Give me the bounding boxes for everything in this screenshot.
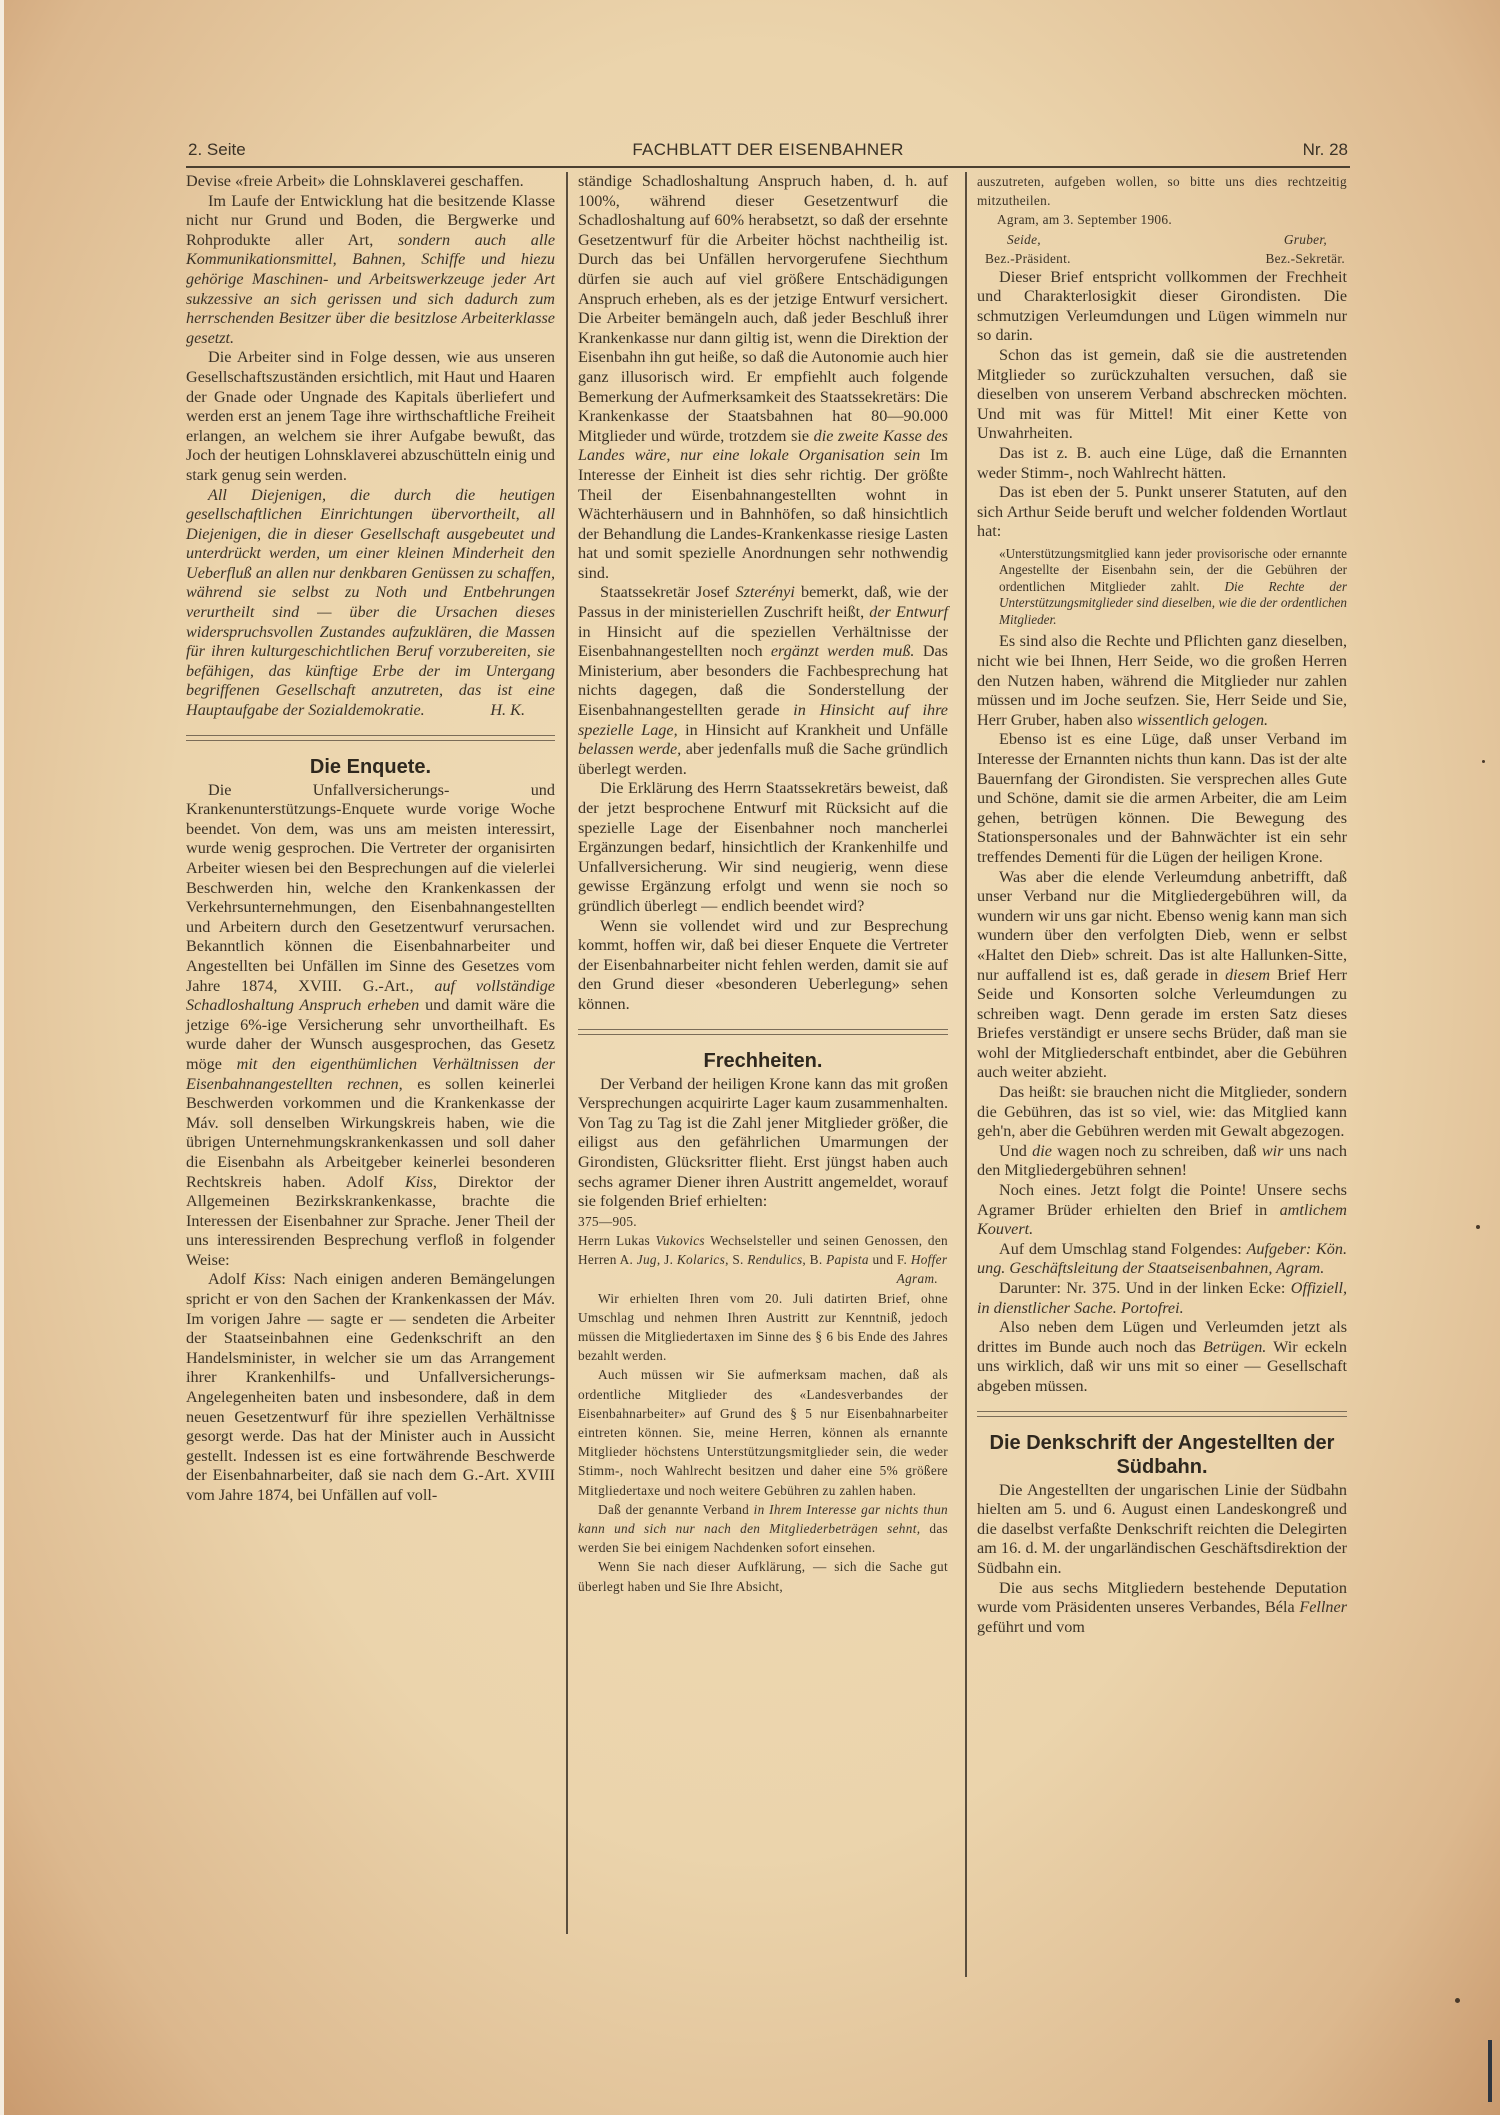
letter-signature-titles: Bez.-Präsident. Bez.-Sekretär.	[977, 249, 1347, 268]
paragraph: Die Erklärung des Herrn Staatssekretärs …	[578, 779, 948, 916]
paragraph: Im Laufe der Entwicklung hat die besitze…	[186, 192, 555, 349]
issue-number: Nr. 28	[1303, 140, 1348, 160]
paragraph: Die Unfallversicherungs- und Krankenunte…	[186, 781, 555, 1271]
column-left: Devise «freie Arbeit» die Lohnsklaverei …	[186, 172, 555, 1506]
paragraph: Es sind also die Rechte und Pflichten ga…	[977, 632, 1347, 730]
paragraph: Noch eines. Jetzt folgt die Pointe! Unse…	[977, 1181, 1347, 1240]
paragraph: Das ist z. B. auch eine Lüge, daß die Er…	[977, 444, 1347, 483]
letter-city: Agram.	[578, 1269, 948, 1288]
quoted-letter-end: auszutreten, aufgeben wollen, so bitte u…	[977, 172, 1347, 268]
paragraph: Also neben dem Lügen und Verleumden jetz…	[977, 1318, 1347, 1396]
masthead-title: FACHBLATT DER EISENBAHNER	[186, 140, 1350, 160]
letter-paragraph: Wir erhielten Ihren vom 20. Juli datirte…	[578, 1289, 948, 1366]
paragraph: ständige Schadloshaltung Anspruch haben,…	[578, 172, 948, 583]
paragraph: Schon das ist gemein, daß sie die austre…	[977, 346, 1347, 444]
paragraph: Die Arbeiter sind in Folge dessen, wie a…	[186, 348, 555, 485]
letter-date: Agram, am 3. September 1906.	[977, 210, 1347, 229]
title-president: Bez.-Präsident.	[985, 249, 1071, 268]
paper-blemish	[1482, 760, 1485, 763]
letter-paragraph: Daß der genannte Verband in Ihrem Intere…	[578, 1500, 948, 1558]
letter-address: Herrn Lukas Vukovics Wechselsteller und …	[578, 1231, 948, 1269]
letter-paragraph: Wenn Sie nach dieser Aufklärung, — sich …	[578, 1557, 948, 1595]
paragraph: All Diejenigen, die durch die heutigen g…	[186, 486, 555, 721]
letter-paragraph: auszutreten, aufgeben wollen, so bitte u…	[977, 172, 1347, 210]
signature-gruber: Gruber,	[1284, 230, 1327, 249]
signature-seide: Seide,	[1007, 230, 1041, 249]
paragraph: Ebenso ist es eine Lüge, daß unser Verba…	[977, 730, 1347, 867]
section-divider	[578, 1029, 948, 1035]
paragraph: Devise «freie Arbeit» die Lohnsklaverei …	[186, 172, 555, 192]
column-right: auszutreten, aufgeben wollen, so bitte u…	[977, 172, 1347, 1637]
binding-edge-mark	[1488, 2040, 1492, 2102]
section-divider	[977, 1411, 1347, 1417]
paragraph: Adolf Kiss: Nach einigen anderen Bemänge…	[186, 1270, 555, 1505]
paragraph: Darunter: Nr. 375. Und in der linken Eck…	[977, 1279, 1347, 1318]
statute-quote: «Unterstützungsmitglied kann jeder provi…	[977, 546, 1347, 629]
page-header: 2. Seite FACHBLATT DER EISENBAHNER Nr. 2…	[186, 136, 1350, 168]
article-headline: Die Enquete.	[186, 755, 555, 779]
letter-paragraph: Auch müssen wir Sie aufmerksam machen, d…	[578, 1365, 948, 1499]
letter-signatures: Seide, Gruber,	[977, 230, 1347, 249]
paragraph: Auf dem Umschlag stand Folgendes: Aufgeb…	[977, 1240, 1347, 1279]
paragraph: Das heißt: sie brauchen nicht die Mitgli…	[977, 1083, 1347, 1142]
article-headline: Frechheiten.	[578, 1049, 948, 1073]
column-middle: ständige Schadloshaltung Anspruch haben,…	[578, 172, 948, 1596]
quoted-letter: 375—905. Herrn Lukas Vukovics Wechselste…	[578, 1212, 948, 1596]
paragraph: Die Angestellten der ungarischen Linie d…	[977, 1481, 1347, 1579]
title-secretary: Bez.-Sekretär.	[1265, 249, 1345, 268]
paragraph: Die aus sechs Mitgliedern bestehende Dep…	[977, 1579, 1347, 1638]
paragraph: Das ist eben der 5. Punkt unserer Statut…	[977, 483, 1347, 542]
paragraph: Wenn sie vollendet wird und zur Besprech…	[578, 917, 948, 1015]
letter-number: 375—905.	[578, 1212, 948, 1231]
paragraph: Was aber die elende Verleumdung anbetrif…	[977, 868, 1347, 1084]
page-edge	[0, 0, 4, 2115]
column-divider	[566, 172, 568, 1934]
paragraph: Und die wagen noch zu schreiben, daß wir…	[977, 1142, 1347, 1181]
paragraph: Staatssekretär Josef Szterényi bemerkt, …	[578, 583, 948, 779]
paragraph: Dieser Brief entspricht vollkommen der F…	[977, 268, 1347, 346]
paper-blemish	[1476, 1225, 1480, 1229]
section-divider	[186, 735, 555, 741]
paper-blemish	[1455, 1998, 1460, 2003]
paragraph: Der Verband der heiligen Krone kann das …	[578, 1075, 948, 1212]
column-divider	[965, 172, 967, 1977]
article-headline: Die Denkschrift der Angestellten der Süd…	[977, 1431, 1347, 1479]
